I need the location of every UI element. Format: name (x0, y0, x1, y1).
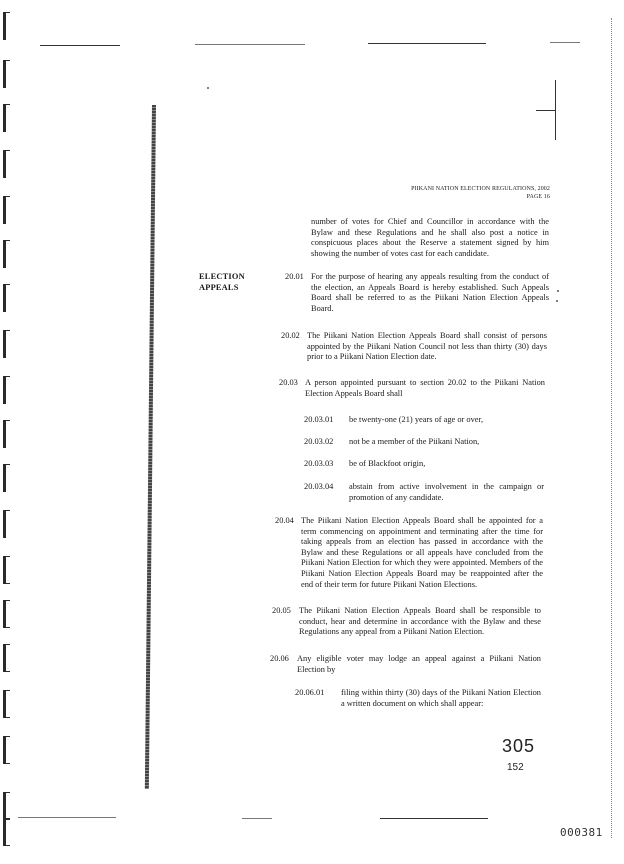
scan-corner-mark (555, 80, 556, 140)
edge-mark (3, 600, 6, 628)
subclause-number: 20.06.01 (295, 688, 324, 699)
subclause-text: abstain from active involvement in the c… (349, 482, 544, 503)
edge-mark (3, 556, 6, 584)
running-header: PIIKANI NATION ELECTION REGULATIONS, 200… (380, 185, 550, 201)
scan-corner-mark (536, 110, 555, 111)
edge-mark (3, 12, 6, 40)
scan-rule-bottom-mid (242, 818, 272, 819)
clause-text: The Piikani Nation Election Appeals Boar… (307, 331, 547, 363)
clause-text: A person appointed pursuant to section 2… (305, 378, 545, 399)
scan-speck (557, 290, 559, 292)
edge-mark (3, 818, 6, 846)
scan-rule-top-right (368, 43, 486, 44)
running-header-title: PIIKANI NATION ELECTION REGULATIONS, 200… (380, 185, 550, 193)
scan-rule-bottom-left (18, 817, 116, 818)
scan-rule-top-far (550, 42, 580, 43)
scan-speck (556, 300, 558, 302)
clause-text: The Piikani Nation Election Appeals Boar… (299, 606, 541, 638)
scan-rule-bottom-right (380, 818, 488, 819)
edge-mark (3, 736, 6, 764)
subclause-number: 20.03.04 (304, 482, 333, 493)
running-header-page: PAGE 16 (380, 193, 550, 201)
edge-mark (3, 690, 6, 718)
edge-mark (3, 284, 6, 312)
subclause-text: not be a member of the Piikani Nation, (349, 437, 544, 448)
scan-rule-top-left (40, 45, 120, 46)
clause-number: 20.06 (270, 654, 289, 665)
edge-mark (3, 644, 6, 672)
edge-mark (3, 330, 6, 358)
subclause-number: 20.03.01 (304, 415, 333, 426)
clause-text: The Piikani Nation Election Appeals Boar… (301, 516, 543, 590)
subclause-text: be of Blackfoot origin, (349, 459, 544, 470)
section-heading-line1: ELECTION (199, 272, 245, 283)
continuation-paragraph: number of votes for Chief and Councillor… (311, 217, 549, 259)
scan-rule-top-mid (195, 44, 305, 45)
clause-number: 20.02 (281, 331, 300, 342)
edge-mark (3, 792, 6, 820)
section-heading: ELECTION APPEALS (199, 272, 245, 293)
scan-rule-right (611, 18, 613, 838)
subclause-text: filing within thirty (30) days of the Pi… (341, 688, 541, 709)
subclause-number: 20.03.02 (304, 437, 333, 448)
clause-text: Any eligible voter may lodge an appeal a… (297, 654, 541, 675)
edge-mark (3, 150, 6, 178)
page-number: 152 (507, 762, 524, 773)
clause-number: 20.03 (279, 378, 298, 389)
subclause-number: 20.03.03 (304, 459, 333, 470)
edge-mark (3, 196, 6, 224)
edge-mark (3, 104, 6, 132)
edge-mark (3, 240, 6, 268)
section-heading-line2: APPEALS (199, 283, 245, 294)
subclause-text: be twenty-one (21) years of age or over, (349, 415, 544, 426)
bates-number: 000381 (560, 826, 603, 839)
clause-number: 20.01 (285, 272, 304, 283)
edge-mark (3, 510, 6, 538)
handwritten-page-number: 305 (502, 736, 535, 757)
binder-shadow (145, 105, 156, 789)
edge-mark (3, 464, 6, 492)
clause-number: 20.04 (275, 516, 294, 527)
clause-number: 20.05 (272, 606, 291, 617)
edge-mark (3, 60, 6, 88)
scan-speck (207, 87, 209, 89)
edge-mark (3, 420, 6, 448)
clause-text: For the purpose of hearing any appeals r… (311, 272, 549, 314)
edge-mark (3, 376, 6, 404)
